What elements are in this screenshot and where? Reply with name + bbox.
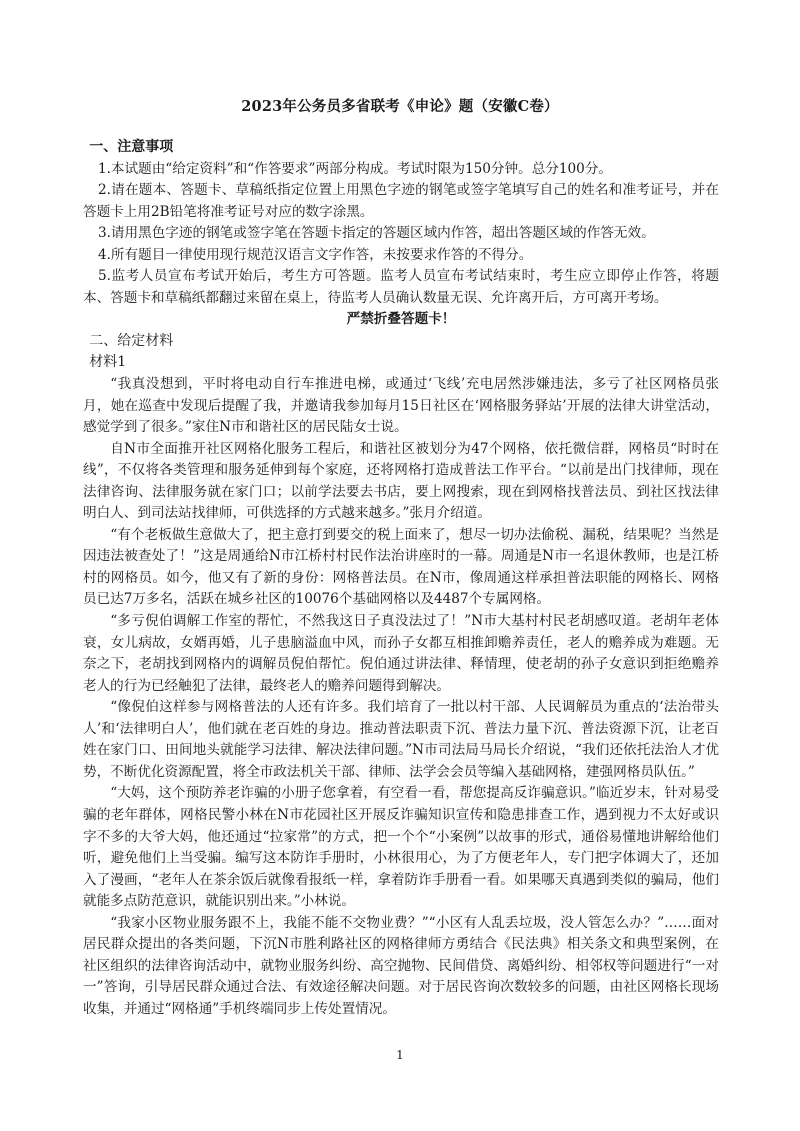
notes-item-4: 4.所有题目一律使用现行规范汉语言文字作答，未按要求作答的不得分。	[83, 245, 719, 267]
material-paragraph: “我真没想到，平时将电动自行车推进电梯，或通过‘飞线’充电居然涉嫌违法，多亏了社…	[83, 374, 719, 439]
document-body: 一、注意事项 1.本试题由“给定资料”和“作答要求”两部分构成。考试时限为150…	[83, 137, 719, 1020]
material-paragraph: 自N市全面推开社区网格化服务工程后，和谐社区被划分为47个网格，依托微信群，网格…	[83, 439, 719, 525]
section-heading-notes: 一、注意事项	[83, 137, 719, 159]
warning-text: 严禁折叠答题卡！	[83, 309, 719, 331]
material-paragraph: “多亏倪伯调解工作室的帮忙，不然我这日子真没法过了！”N市大基村村民老胡感叹道。…	[83, 611, 719, 697]
material-paragraph: “大妈，这个预防养老诈骗的小册子您拿着，有空看一看，帮您提高反诈骗意识。”临近岁…	[83, 783, 719, 912]
document-page: 2023年公务员多省联考《申论》题（安徽C卷） 一、注意事项 1.本试题由“给定…	[0, 0, 800, 1131]
material-paragraph: “像倪伯这样参与网格普法的人还有许多。我们培育了一批以村干部、人民调解员为重点的…	[83, 697, 719, 783]
notes-item-5: 5.监考人员宣布考试开始后，考生方可答题。监考人员宣布考试结束时，考生应立即停止…	[83, 266, 719, 309]
material-paragraph: “我家小区物业服务跟不上，我能不能不交物业费？”“小区有人乱丢垃圾，没人管怎么办…	[83, 913, 719, 1021]
section-heading-materials: 二、给定材料	[83, 331, 719, 353]
document-title: 2023年公务员多省联考《申论》题（安徽C卷）	[0, 95, 800, 116]
notes-item-2: 2.请在题本、答题卡、草稿纸指定位置上用黑色字迹的钢笔或签字笔填写自己的姓名和准…	[83, 180, 719, 223]
material-label: 材料1	[83, 352, 719, 374]
page-number: 1	[0, 1048, 800, 1062]
notes-item-3: 3.请用黑色字迹的钢笔或签字笔在答题卡指定的答题区域内作答，超出答题区域的作答无…	[83, 223, 719, 245]
notes-item-1: 1.本试题由“给定资料”和“作答要求”两部分构成。考试时限为150分钟。总分10…	[83, 159, 719, 181]
material-paragraph: “有个老板做生意做大了，把主意打到要交的税上面来了，想尽一切办法偷税、漏税，结果…	[83, 525, 719, 611]
